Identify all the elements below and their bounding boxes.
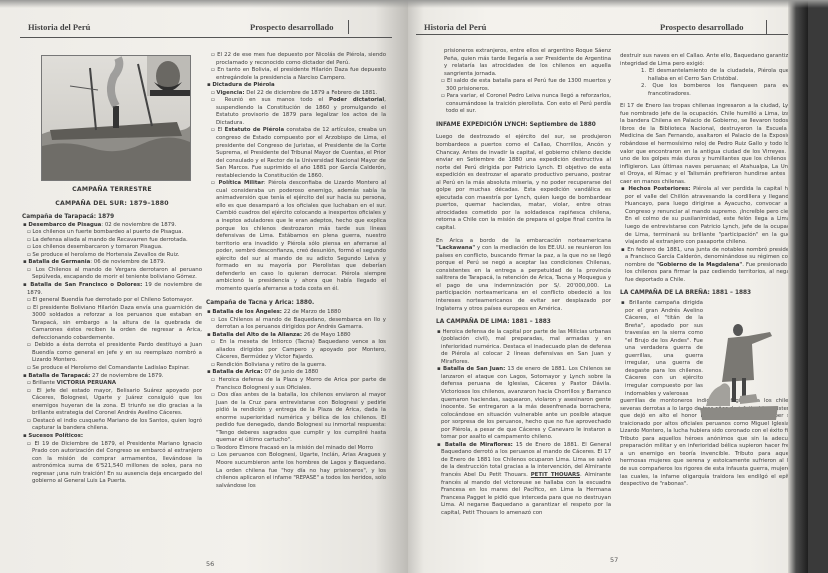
text-item: ▫ El Estatuto de Piérola constaba de 12 … xyxy=(206,127,386,180)
text-item: ▫ En la meseta de Intiorco (Tacna) Baque… xyxy=(206,339,386,362)
item-text: El 19 de Diciembre de 1879, el President… xyxy=(32,441,202,485)
text-item: ▫ Los chilenos desembarcaron y tomaron P… xyxy=(22,244,202,252)
item-text: Destacó el indio cusqueño Mariano de los… xyxy=(32,418,202,432)
right-column-1: prisioneros extranjeros, entre ellos el … xyxy=(436,48,611,517)
item-text: 07 de junio de 1880 xyxy=(263,369,319,375)
text-item: ▪ Desembarco de Pisagua: 02 de noviembre… xyxy=(22,222,202,230)
item-text: Reunió en sus manos todo el xyxy=(225,97,329,103)
text-item: ▫ Brillante VICTORIA PERUANA xyxy=(22,380,202,388)
right-page: Historia del Perú Prospecto desarrollado… xyxy=(408,0,808,573)
item-text: Los chilenos desembarcaron y tomaron Pis… xyxy=(32,244,162,250)
bold-term: Poder dictatorial xyxy=(329,97,384,103)
item-text: prisioneros extranjeros, entre ellos el … xyxy=(444,48,611,77)
ship-portrait-figure xyxy=(41,55,191,181)
bold-term: Dictadura de Piérola xyxy=(212,82,274,88)
item-text: : 02 de noviembre de 1879. xyxy=(101,222,176,228)
item-text: y con la mediación de los EE.UU. se reun… xyxy=(436,245,611,311)
item-text: 13 de enero de 1881. Los Chilenos se lan… xyxy=(441,366,611,440)
item-text: Teodoro Elmore fracasó en la misión del … xyxy=(216,445,373,451)
bold-term: VICTORIA PERUANA xyxy=(57,380,116,386)
text-item: Luego de destrozado el ejército del sur,… xyxy=(436,134,611,232)
bullet-marker-icon: ▪ xyxy=(621,300,629,306)
text-item: ▫ Se produce el Heroísmo del Comandante … xyxy=(22,365,202,373)
bold-term: "Gobierno de la Magdalena" xyxy=(656,262,742,268)
bold-term: "Lackawana" xyxy=(436,245,475,251)
item-text: Heroica defensa de la Plaza y Morro de A… xyxy=(216,377,386,391)
left-col1-items: ▪ Desembarco de Pisagua: 02 de noviembre… xyxy=(22,222,202,486)
left-col2-items: ▫ El 22 de ese mes fue depuesto por Nico… xyxy=(206,52,386,490)
item-text: En la meseta de Intiorco (Tacna) Baqueda… xyxy=(216,339,386,360)
right-col1-items: prisioneros extranjeros, entre ellos el … xyxy=(436,48,611,517)
text-item: ▫ El jefe del estado mayor, Belisario Su… xyxy=(22,388,202,418)
header-rule xyxy=(20,37,392,38)
text-item: ▫ El saldo de esta batalla para el Perú … xyxy=(436,78,611,93)
ship-engraving-icon xyxy=(42,56,190,180)
item-text: constaba de 12 artículos, creaba un cong… xyxy=(216,127,386,178)
bold-term: Batalla de Tarapacá: xyxy=(28,373,90,379)
item-text: El general Buendía fue derrotado por el … xyxy=(32,297,193,303)
left-column-2: ▫ El 22 de ese mes fue depuesto por Nico… xyxy=(206,52,386,490)
bullet-marker-icon: ▫ xyxy=(27,267,36,273)
right-col2-items: destruir sus naves en el Callao. Ante el… xyxy=(620,53,798,489)
item-text: El 17 de Enero las tropas chilenas ingre… xyxy=(620,103,798,184)
item-text: El desmantelamiento de la ciudadela, Pié… xyxy=(648,68,798,82)
header-divider xyxy=(348,20,349,34)
bullet-marker-icon: ▫ xyxy=(27,388,37,394)
right-column-2: destruir sus naves en el Callao. Ante el… xyxy=(620,48,798,489)
text-item: ▫ Los Chilenos al mando de Baquedano, de… xyxy=(206,317,386,332)
item-text: Se produce el Heroísmo del Comandante La… xyxy=(32,365,189,371)
underlined-term: PETIT THOUARS xyxy=(531,472,580,478)
text-item: ▫ Reunió en sus manos todo el Poder dict… xyxy=(206,97,386,127)
bullet-marker-icon: ▫ xyxy=(27,342,35,348)
text-item: ▪ Hechos Posteriores: Piérola al ver per… xyxy=(620,186,798,246)
bullet-marker-icon: ▫ xyxy=(211,97,225,103)
item-text: Piérola al ver perdida la capital huye p… xyxy=(625,186,798,245)
section-heading: Campaña de Tacna y Arica: 1880. xyxy=(206,300,386,308)
item-text: El 22 de ese mes fue depuesto por Nicolá… xyxy=(216,52,386,66)
text-item: ▪ Batalla de San Francisco o Dolores: 19… xyxy=(22,282,202,297)
text-item: ▪ Heroica defensa de la capital por part… xyxy=(436,329,611,367)
item-text: Para variar, el Coronel Pedro Leiva nunc… xyxy=(446,93,611,114)
text-item: ▪ Batalla de los Ángeles: 22 de Marzo de… xyxy=(206,309,386,317)
item-text: . Almirante francés al mando del victore… xyxy=(441,472,611,516)
item-text: Los Chilenos al mando de Vergara derrota… xyxy=(32,267,202,281)
text-item: ▫ Destacó el indio cusqueño Mariano de l… xyxy=(22,418,202,433)
item-text: Del 22 de diciembre de 1879 a Febrero de… xyxy=(245,90,378,96)
item-text: 22 de Marzo de 1880 xyxy=(282,309,341,315)
item-text: : Piérola desconfiaba de Lizardo Montero… xyxy=(216,180,386,292)
bold-term: Batalla de Germania xyxy=(28,259,90,265)
figure-caption: CAMPAÑA TERRESTRE xyxy=(22,186,202,194)
bold-term: Batalla de los Ángeles: xyxy=(212,309,282,315)
text-item: ▫ Los peruanos con Bolognesi, Ugarte, In… xyxy=(206,452,386,490)
text-item: ▪ Batalla del Alto de la Alianza: 26 de … xyxy=(206,332,386,340)
item-text: Heroica defensa de la capital por parte … xyxy=(441,329,611,365)
text-item: ▫ El 22 de ese mes fue depuesto por Nico… xyxy=(206,52,386,67)
text-item: ▫ Debido a ésta derrota el presidente Pa… xyxy=(22,342,202,365)
bold-term: Batalla de Arica: xyxy=(212,369,262,375)
text-item: ▫ En tanto en Bolivia, el presidente Hil… xyxy=(206,67,386,82)
text-item: destruir sus naves en el Callao. Ante el… xyxy=(620,53,798,68)
list-number: 1. xyxy=(641,68,649,74)
text-item: ▪ Batalla de San Juan: 13 de enero de 18… xyxy=(436,366,611,441)
item-text: El jefe del estado mayor, Belisario Suár… xyxy=(32,388,202,417)
text-item: ▫ La defensa aliada al mando de Recavarr… xyxy=(22,237,202,245)
header-rule xyxy=(416,34,800,35)
section-heading: INFAME EXPEDICIÓN LYNCH: Septiembre de 1… xyxy=(436,122,611,130)
section-heading: LA CAMPAÑA DE LIMA: 1881 – 1883 xyxy=(436,319,611,327)
bold-term: Sucesos Políticos: xyxy=(28,433,83,439)
bold-term: Batalla de San Francisco o Dolores: xyxy=(30,282,142,288)
bullet-marker-icon: ▫ xyxy=(211,377,219,383)
bold-term: Política Militar xyxy=(218,180,263,186)
bold-term: Batalla de Miraflores: xyxy=(445,442,513,448)
left-column-1: CAMPAÑA TERRESTRE CAMPAÑA DEL SUR: 1879–… xyxy=(22,186,202,486)
text-item: En Arica a bordo de la embarcación norte… xyxy=(436,238,611,313)
bold-term: Desembarco de Pisagua xyxy=(28,222,101,228)
text-item: ▪ Batalla de Arica: 07 de junio de 1880 xyxy=(206,369,386,377)
text-item: ▫ Para variar, el Coronel Pedro Leiva nu… xyxy=(436,93,611,116)
text-item: ▪ Dictadura de Piérola xyxy=(206,82,386,90)
text-item: ▪ Brillante campaña dirigida por el gran… xyxy=(620,300,703,398)
item-text: El saldo de esta batalla para el Perú fu… xyxy=(446,78,611,92)
text-item: ▫ El presidente Boliviano Hilarión Daza … xyxy=(22,305,202,343)
bold-term: Vigencia: xyxy=(216,90,244,96)
section-title: Prospecto desarrollado xyxy=(250,22,334,32)
item-text: El xyxy=(217,127,224,133)
bullet-marker-icon: ▫ xyxy=(211,339,220,345)
bullet-marker-icon: ▪ xyxy=(437,442,445,448)
header-divider xyxy=(766,20,767,34)
bullet-marker-icon: ▫ xyxy=(211,392,218,398)
item-text: Brillante campaña dirigida por el gran A… xyxy=(625,300,703,397)
item-text: Los peruanos con Bolognesi, Ugarte, Incl… xyxy=(216,452,386,488)
book-title: Historia del Perú xyxy=(424,22,486,32)
item-text: 27 de noviembre de 1879. xyxy=(90,373,163,379)
bold-term: Hechos Posteriores: xyxy=(628,186,690,192)
section-heading: LA CAMPAÑA DE LA BREÑA: 1881 – 1883 xyxy=(620,290,798,298)
section-heading: Campaña de Tarapacá: 1879 xyxy=(22,214,202,222)
item-text: La defensa aliada al mando de Recavarren… xyxy=(32,237,187,243)
text-item: ▫ El general Buendía fue derrotado por e… xyxy=(22,297,202,305)
text-item: ▫ Los Chilenos al mando de Vergara derro… xyxy=(22,267,202,282)
page-edge-shadow xyxy=(788,0,808,573)
text-item: ▫ Heroica defensa de la Plaza y Morro de… xyxy=(206,377,386,392)
bullet-marker-icon: ▫ xyxy=(211,452,218,458)
book-title: Historia del Perú xyxy=(28,22,90,32)
item-text: Dos días antes de la batalla, los chilen… xyxy=(216,392,386,443)
text-item: 1. El desmantelamiento de la ciudadela, … xyxy=(620,68,798,83)
top-shadow xyxy=(0,0,828,8)
item-text: En tanto en Bolivia, el presidente Hilar… xyxy=(216,67,386,81)
text-item: El 17 de Enero las tropas chilenas ingre… xyxy=(620,103,798,186)
text-item: ▪ Sucesos Políticos: xyxy=(22,433,202,441)
text-item: ▪ Batalla de Germania: 06 de noviembre d… xyxy=(22,259,202,267)
book-spread: Historia del Perú Prospecto desarrollado xyxy=(0,0,828,573)
section-title: Prospecto desarrollado xyxy=(660,22,744,32)
caceres-figure xyxy=(700,320,778,420)
item-text: destruir sus naves en el Callao. Ante el… xyxy=(620,53,798,67)
item-text: El presidente Boliviano Hilarión Daza en… xyxy=(32,305,202,341)
item-text: Luego de destrozado el ejército del sur,… xyxy=(436,134,611,231)
text-item: prisioneros extranjeros, entre ellos el … xyxy=(436,48,611,78)
item-text: Se produce el heroísmo de Hortensia Zeva… xyxy=(32,252,179,258)
item-text: Que los bomberos los flanqueen para evit… xyxy=(648,83,798,97)
item-text: 26 de Mayo 1880 xyxy=(302,332,351,338)
item-text: Los chilenos un fuerte bombardeo al puer… xyxy=(32,229,183,235)
item-text: Rendición Boliviana y retiro de la guerr… xyxy=(216,362,326,368)
text-item: ▪ Batalla de Tarapacá: 27 de noviembre d… xyxy=(22,373,202,381)
item-text: En Arica a bordo de la embarcación norte… xyxy=(436,238,611,244)
bold-term: Batalla del Alto de la Alianza: xyxy=(212,332,302,338)
text-item: ▫ Dos días antes de la batalla, los chil… xyxy=(206,392,386,445)
text-item: 2. Que los bomberos los flanqueen para e… xyxy=(620,83,798,98)
page-header: Historia del Perú Prospecto desarrollado xyxy=(28,22,378,36)
subtitle: CAMPAÑA DEL SUR: 1879–1880 xyxy=(22,200,202,208)
left-page: Historia del Perú Prospecto desarrollado xyxy=(0,0,408,573)
bold-term: Batalla de San Juan: xyxy=(443,366,505,372)
text-item: ▫ Se produce el heroísmo de Hortensia Ze… xyxy=(22,252,202,260)
item-text: Los Chilenos al mando de Baquedano, dese… xyxy=(216,317,386,331)
text-item: ▫ Los chilenos un fuerte bombardeo al pu… xyxy=(22,229,202,237)
item-text: Debido a ésta derrota el presidente Pard… xyxy=(32,342,202,363)
list-number: 2. xyxy=(641,83,652,89)
page-number: 57 xyxy=(610,556,618,564)
text-item: ▪ Batalla de Miraflores: 15 de Enero de … xyxy=(436,442,611,517)
item-text: : 06 de noviembre de 1879. xyxy=(90,259,165,265)
bold-term: Estatuto de Piérola xyxy=(225,127,284,133)
text-item: ▫ El 19 de Diciembre de 1879, el Preside… xyxy=(22,441,202,486)
caceres-engraving-icon xyxy=(700,320,778,420)
page-number: 56 xyxy=(206,560,214,568)
item-text: Brillante xyxy=(32,380,56,386)
text-item: ▫ Rendición Boliviana y retiro de la gue… xyxy=(206,362,386,370)
text-item: ▫ Política Militar: Piérola desconfiaba … xyxy=(206,180,386,293)
text-item: ▪ En febrero de 1881, una junta de notab… xyxy=(620,247,798,285)
